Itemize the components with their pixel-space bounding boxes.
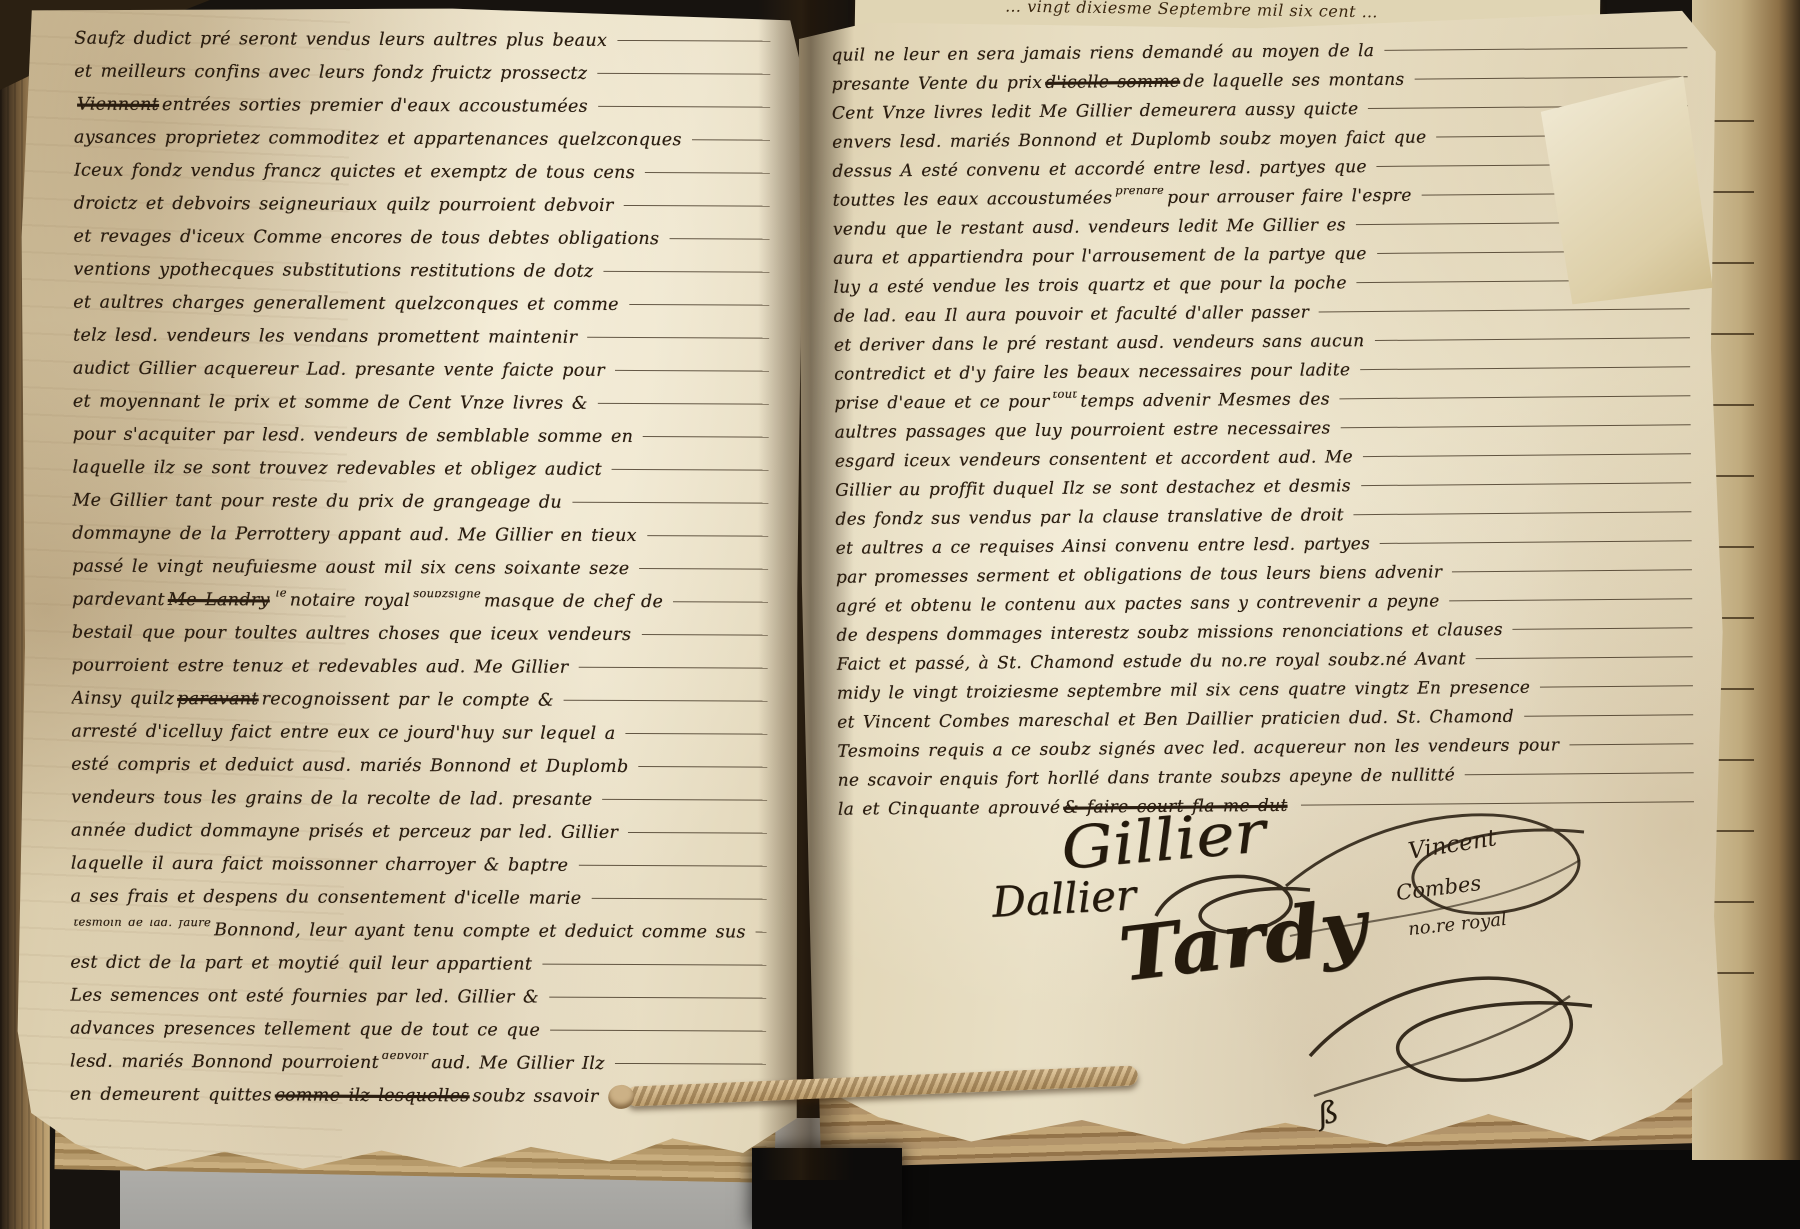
manuscript-text: recognoissent par le compte & bbox=[262, 689, 554, 710]
line-end-filler-stroke bbox=[1340, 395, 1691, 399]
manuscript-line: pourroient estre tenuz et redevables aud… bbox=[72, 656, 774, 692]
manuscript-text: Bonnond, leur ayant tenu compte et dedui… bbox=[214, 920, 746, 942]
manuscript-line: Viennent entrées sorties premier d'eaux … bbox=[74, 95, 776, 131]
line-end-filler-stroke bbox=[587, 337, 769, 339]
manuscript-text: notaire royal bbox=[290, 591, 410, 612]
manuscript-line: laquelle il aura faict moissonner charro… bbox=[71, 854, 773, 890]
manuscript-text: audict Gillier acquereur Lad. presante v… bbox=[73, 359, 605, 381]
manuscript-text: laquelle il aura faict moissonner charro… bbox=[71, 854, 569, 876]
manuscript-line: dommayne de la Perrottery appant aud. Me… bbox=[72, 524, 774, 560]
manuscript-text: et revages d'iceux Comme encores de tous… bbox=[74, 227, 660, 250]
line-end-filler-stroke bbox=[673, 601, 768, 602]
line-end-filler-stroke bbox=[1513, 627, 1693, 630]
manuscript-text: advances presences tellement que de tout… bbox=[70, 1019, 540, 1041]
line-end-filler-stroke bbox=[1374, 337, 1689, 341]
manuscript-text: telz lesd. vendeurs les vendans promette… bbox=[73, 326, 577, 348]
manuscript-text: aultres passages que luy pourroient estr… bbox=[835, 418, 1331, 442]
line-end-filler-stroke bbox=[624, 205, 770, 207]
manuscript-text: vendu que le restant ausd. vendeurs ledi… bbox=[833, 215, 1346, 239]
manuscript-text: pourroient estre tenuz et redevables aud… bbox=[72, 656, 569, 678]
line-end-filler-stroke bbox=[603, 271, 769, 273]
line-end-filler-stroke bbox=[578, 865, 766, 867]
manuscript-line: ventions ypothecques substitutions resti… bbox=[73, 260, 775, 296]
manuscript-text: presante Vente du prix bbox=[832, 73, 1043, 95]
manuscript-text: vendeurs tous les grains de la recolte d… bbox=[71, 788, 592, 810]
manuscript-text: esté compris et deduict ausd. mariés Bon… bbox=[71, 755, 628, 777]
line-end-filler-stroke bbox=[638, 766, 767, 768]
manuscript-text: dessus A esté convenu et accordé entre l… bbox=[832, 157, 1367, 182]
struck-out-text: d'icelle somme bbox=[1045, 72, 1180, 93]
manuscript-line: bestail que pour toultes aultres choses … bbox=[72, 623, 774, 659]
manuscript-line: Me Gillier tant pour reste du prix de gr… bbox=[72, 491, 774, 527]
line-end-filler-stroke bbox=[1354, 511, 1692, 515]
manuscript-text: bestail que pour toultes aultres choses … bbox=[72, 623, 632, 645]
struck-out-text: comme ilz lesquelles bbox=[275, 1085, 470, 1106]
line-end-filler-stroke bbox=[597, 73, 770, 75]
left-page: Saufz dudict pré seront vendus leurs aul… bbox=[12, 3, 806, 1176]
manuscript-text: soubz ssavoir bbox=[473, 1086, 599, 1107]
line-end-filler-stroke bbox=[1361, 482, 1691, 486]
manuscript-line: aysances proprietez commoditez et appart… bbox=[74, 128, 776, 164]
interlinear-insertion: soubzsigné bbox=[413, 590, 481, 601]
line-end-filler-stroke bbox=[628, 832, 767, 834]
interlinear-insertion: tesmoin de lad. faure bbox=[74, 920, 212, 930]
manuscript-text: et moyennant le prix et somme de Cent Vn… bbox=[73, 392, 588, 414]
manuscript-text: par promesses serment et obligations de … bbox=[836, 562, 1442, 587]
book-gutter-shadow bbox=[758, 0, 854, 1180]
line-end-filler-stroke bbox=[1476, 656, 1693, 659]
manuscript-text: année dudict dommayne prisés et perceuz … bbox=[71, 821, 618, 843]
photo-open-manuscript-book: … vingt dixiesme Septembre mil six cent … bbox=[0, 0, 1800, 1229]
manuscript-text: Iceux fondz vendus francz quictes et exe… bbox=[74, 161, 635, 183]
manuscript-text: luy a esté vendue les trois quartz et qu… bbox=[833, 273, 1347, 297]
line-end-filler-stroke bbox=[602, 799, 767, 801]
line-end-filler-stroke bbox=[1363, 453, 1691, 457]
line-end-filler-stroke bbox=[643, 436, 769, 438]
manuscript-text: aura et appartiendra pour l'arrousement … bbox=[833, 244, 1367, 269]
manuscript-text: aud. Me Gillier Ilz bbox=[431, 1053, 605, 1074]
struck-out-text: Me Landry bbox=[168, 590, 270, 610]
manuscript-text: de laquelle ses montans bbox=[1183, 70, 1405, 92]
manuscript-line: lesd. mariés Bonnond pourroient debvoir … bbox=[70, 1052, 772, 1088]
manuscript-line: et revages d'iceux Comme encores de tous… bbox=[73, 227, 775, 263]
manuscript-text: des fondz sus vendus par la clause trans… bbox=[835, 505, 1344, 529]
manuscript-line: droictz et debvoirs seigneuriaux quilz p… bbox=[74, 194, 776, 230]
line-end-filler-stroke bbox=[598, 403, 769, 405]
line-end-filler-stroke bbox=[626, 733, 768, 735]
line-end-filler-stroke bbox=[641, 634, 768, 636]
line-end-filler-stroke bbox=[1380, 540, 1692, 544]
line-end-filler-stroke bbox=[1360, 366, 1690, 370]
manuscript-text: a ses frais et despens du consentement d… bbox=[71, 887, 582, 909]
manuscript-line: la et Cinquante aprouvé & faire court fl… bbox=[838, 792, 1700, 829]
manuscript-text: droictz et debvoirs seigneuriaux quilz p… bbox=[74, 194, 614, 216]
manuscript-line: pardevant Me Landryle notaire royal soub… bbox=[72, 590, 774, 626]
line-end-filler-stroke bbox=[617, 40, 770, 42]
top-edge-text-fragment: … vingt dixiesme Septembre mil six cent … bbox=[1005, 0, 1378, 21]
manuscript-text: agré et obtenu le contenu aux pactes san… bbox=[836, 591, 1440, 616]
line-end-filler-stroke bbox=[1301, 801, 1694, 805]
line-end-filler-stroke bbox=[1384, 47, 1687, 51]
manuscript-text: arresté d'icelluy faict entre eux ce jou… bbox=[71, 722, 615, 744]
manuscript-text: Saufz dudict pré seront vendus leurs aul… bbox=[74, 29, 607, 51]
line-end-filler-stroke bbox=[1341, 424, 1691, 428]
line-end-filler-stroke bbox=[1524, 714, 1693, 716]
manuscript-line: audict Gillier acquereur Lad. presante v… bbox=[73, 359, 775, 395]
line-end-filler-stroke bbox=[564, 700, 768, 702]
left-page-text: Saufz dudict pré seront vendus leurs aul… bbox=[70, 29, 777, 1121]
manuscript-line: et moyennant le prix et somme de Cent Vn… bbox=[73, 392, 775, 428]
manuscript-line: Iceux fondz vendus francz quictes et exe… bbox=[74, 161, 776, 197]
manuscript-line: passé le vingt neufuiesme aoust mil six … bbox=[72, 557, 774, 593]
line-end-filler-stroke bbox=[542, 964, 766, 966]
line-end-filler-stroke bbox=[598, 106, 770, 108]
manuscript-text: pour s'acquiter par lesd. vendeurs de se… bbox=[73, 425, 634, 447]
struck-out-text: paravant bbox=[177, 689, 259, 709]
manuscript-text: masque de chef de bbox=[484, 591, 663, 612]
line-end-filler-stroke bbox=[549, 997, 766, 999]
manuscript-line: Saufz dudict pré seront vendus leurs aul… bbox=[74, 29, 776, 65]
manuscript-text: Les semences ont esté fournies par led. … bbox=[70, 986, 539, 1008]
manuscript-text: lesd. mariés Bonnond pourroient bbox=[70, 1052, 379, 1073]
line-end-filler-stroke bbox=[550, 1030, 766, 1032]
line-end-filler-stroke bbox=[669, 238, 769, 239]
struck-out-text: Viennent bbox=[77, 95, 159, 115]
manuscript-line: et meilleurs confins avec leurs fondz fr… bbox=[74, 62, 776, 98]
manuscript-line: et aultres charges generallement quelzco… bbox=[73, 293, 775, 329]
manuscript-text: ventions ypothecques substitutions resti… bbox=[73, 260, 593, 282]
manuscript-text: de lad. eau Il aura pouvoir et faculté d… bbox=[834, 303, 1310, 327]
manuscript-text: et aultres charges generallement quelzco… bbox=[73, 293, 619, 315]
manuscript-line: a ses frais et despens du consentement d… bbox=[71, 887, 773, 923]
manuscript-line: année dudict dommayne prisés et perceuz … bbox=[71, 821, 773, 857]
manuscript-text: quil ne leur en sera jamais riens demand… bbox=[831, 41, 1374, 66]
line-end-filler-stroke bbox=[1450, 598, 1693, 601]
manuscript-text: dommayne de la Perrottery appant aud. Me… bbox=[72, 524, 637, 546]
manuscript-line: Ainsy quilz paravant recognoissent par l… bbox=[71, 689, 773, 725]
line-end-filler-stroke bbox=[1540, 685, 1693, 687]
manuscript-text: pardevant bbox=[72, 590, 165, 610]
manuscript-text: contredict et d'y faire les beaux necess… bbox=[834, 360, 1350, 385]
manuscript-text: Me Gillier tant pour reste du prix de gr… bbox=[72, 491, 562, 513]
manuscript-line: pour s'acquiter par lesd. vendeurs de se… bbox=[73, 425, 775, 461]
manuscript-text: Cent Vnze livres ledit Me Gillier demeur… bbox=[832, 99, 1359, 124]
line-end-filler-stroke bbox=[639, 568, 768, 570]
line-end-filler-stroke bbox=[612, 469, 769, 471]
manuscript-line: advances presences tellement que de tout… bbox=[70, 1019, 772, 1055]
manuscript-line: laquelle ilz se sont trouvez redevables … bbox=[72, 458, 774, 494]
manuscript-text: en demeurent quittes bbox=[70, 1085, 272, 1106]
line-end-filler-stroke bbox=[591, 898, 766, 900]
line-end-filler-stroke bbox=[647, 535, 768, 537]
manuscript-text: prise d'eaue et ce pour bbox=[834, 392, 1049, 414]
manuscript-line: tesmoin de lad. faureBonnond, leur ayant… bbox=[70, 920, 772, 956]
manuscript-text: passé le vingt neufuiesme aoust mil six … bbox=[72, 557, 629, 579]
manuscript-line: vendeurs tous les grains de la recolte d… bbox=[71, 788, 773, 824]
manuscript-text: et aultres a ce requises Ainsi convenu e… bbox=[836, 534, 1371, 559]
manuscript-text: est dict de la part et moytié quil leur … bbox=[70, 953, 532, 975]
manuscript-text: Gillier au proffit duquel Ilz se sont de… bbox=[835, 476, 1351, 500]
line-end-filler-stroke bbox=[578, 667, 767, 669]
line-end-filler-stroke bbox=[1452, 569, 1692, 572]
manuscript-text: aysances proprietez commoditez et appart… bbox=[74, 128, 682, 151]
line-end-filler-stroke bbox=[1569, 743, 1693, 745]
manuscript-text: touttes les eaux accoustumées bbox=[833, 188, 1113, 210]
manuscript-text: et deriver dans le pré restant ausd. ven… bbox=[834, 331, 1365, 356]
manuscript-line: telz lesd. vendeurs les vendans promette… bbox=[73, 326, 775, 362]
manuscript-text: Faict et passé, à St. Chamond estude du … bbox=[837, 649, 1466, 674]
manuscript-text: entrées sorties premier d'eaux accoustum… bbox=[162, 95, 588, 117]
line-end-filler-stroke bbox=[1465, 772, 1694, 775]
manuscript-text: et meilleurs confins avec leurs fondz fr… bbox=[74, 62, 587, 84]
manuscript-text: ne scavoir enquis fort horllé dans trant… bbox=[838, 765, 1455, 790]
interlinear-insertion: debvoir bbox=[382, 1052, 428, 1063]
line-end-filler-stroke bbox=[615, 1063, 766, 1065]
line-end-filler-stroke bbox=[615, 370, 769, 372]
manuscript-line: arresté d'icelluy faict entre eux ce jou… bbox=[71, 722, 773, 758]
manuscript-text: la et Cinquante aprouvé bbox=[838, 798, 1060, 820]
line-end-filler-stroke bbox=[1319, 308, 1690, 312]
line-end-filler-stroke bbox=[645, 172, 770, 174]
line-end-filler-stroke bbox=[629, 304, 769, 306]
manuscript-text: Ainsy quilz bbox=[72, 689, 175, 709]
manuscript-line: esté compris et deduict ausd. mariés Bon… bbox=[71, 755, 773, 791]
manuscript-text: pour arrouser faire l'espre bbox=[1167, 186, 1412, 208]
manuscript-line: est dict de la part et moytié quil leur … bbox=[70, 953, 772, 989]
line-end-filler-stroke bbox=[1414, 76, 1687, 79]
manuscript-text: envers lesd. mariés Bonnond et Duplomb s… bbox=[832, 128, 1426, 153]
manuscript-text: laquelle ilz se sont trouvez redevables … bbox=[73, 458, 603, 480]
manuscript-line: Les semences ont esté fournies par led. … bbox=[70, 986, 772, 1022]
manuscript-text: temps advenir Mesmes des bbox=[1080, 389, 1330, 411]
interlinear-insertion: le bbox=[276, 590, 287, 600]
line-end-filler-stroke bbox=[572, 502, 768, 504]
manuscript-text: esgard iceux vendeurs consentent et acco… bbox=[835, 447, 1353, 472]
